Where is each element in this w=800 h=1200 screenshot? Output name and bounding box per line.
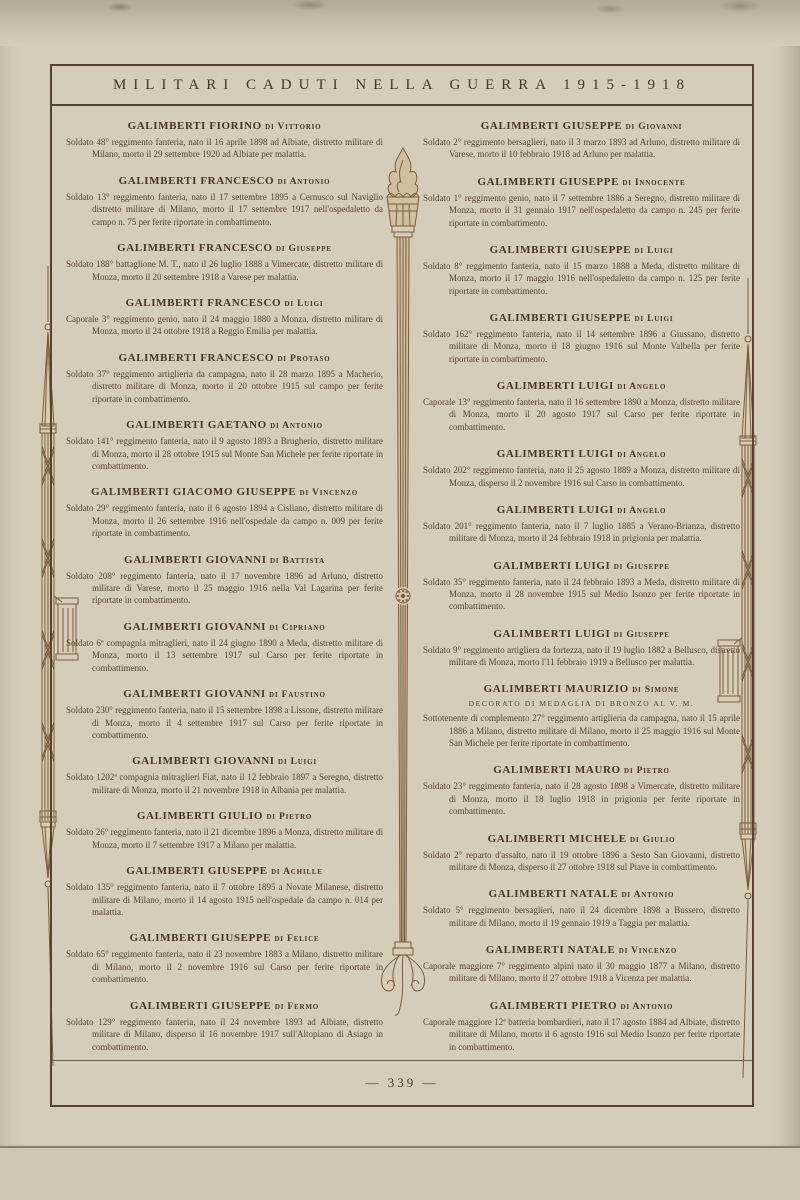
- soldier-entry: GALIMBERTI FRANCESCO di GiuseppeSoldato …: [66, 242, 383, 283]
- soldier-entry: GALIMBERTI FRANCESCO di ProtasoSoldato 3…: [66, 352, 383, 405]
- soldier-record: Soldato 230° reggimento fanteria, nato i…: [66, 704, 383, 741]
- soldier-name: GALIMBERTI GIOVANNI di Battista: [66, 554, 383, 566]
- soldier-name: GALIMBERTI FIORINO di Vittorio: [66, 120, 383, 132]
- page-title: MILITARI CADUTI NELLA GUERRA 1915-1918: [113, 77, 691, 94]
- soldier-name: GALIMBERTI FRANCESCO di Antonio: [66, 175, 383, 187]
- soldier-entry: GALIMBERTI GIOVANNI di FaustinoSoldato 2…: [66, 688, 383, 741]
- soldier-record: Soldato 65° reggimento fanteria, nato il…: [66, 948, 383, 985]
- medal-citation: DECORATO DI MEDAGLIA DI BRONZO AL V. M.: [423, 699, 740, 708]
- soldier-name: GALIMBERTI NATALE di Vincenzo: [423, 944, 740, 956]
- soldier-name: GALIMBERTI LUIGI di Angelo: [423, 504, 740, 516]
- soldier-entry: GALIMBERTI GIULIO di PietroSoldato 26° r…: [66, 810, 383, 851]
- soldier-record: Caporale maggiore 12ª batteria bombardie…: [423, 1016, 740, 1053]
- soldier-name: GALIMBERTI GIUSEPPE di Giovanni: [423, 120, 740, 132]
- page-top-edge: [0, 0, 800, 46]
- soldier-record: Soldato 48° reggimento fanteria, nato il…: [66, 136, 383, 161]
- soldier-entry: GALIMBERTI NATALE di VincenzoCaporale ma…: [423, 944, 740, 985]
- soldier-name: GALIMBERTI GIOVANNI di Luigi: [66, 755, 383, 767]
- soldier-entry: GALIMBERTI LUIGI di GiuseppeSoldato 35° …: [423, 560, 740, 613]
- soldier-entry-decorated: GALIMBERTI MAURIZIO di SimoneDECORATO DI…: [423, 683, 740, 749]
- soldier-record: Soldato 162° reggimento fanteria, nato i…: [423, 328, 740, 365]
- soldier-record: Caporale maggiore 7° reggimento alpini n…: [423, 960, 740, 985]
- rosette-icon: [394, 587, 412, 605]
- soldier-record: Caporale 13° reggimento fanteria, nato i…: [423, 396, 740, 433]
- soldier-entry: GALIMBERTI LUIGI di AngeloSoldato 202° r…: [423, 448, 740, 489]
- soldier-entry: GALIMBERTI GIOVANNI di LuigiSoldato 1202…: [66, 755, 383, 796]
- soldier-entry: GALIMBERTI GIUSEPPE di FeliceSoldato 65°…: [66, 932, 383, 985]
- soldier-name: GALIMBERTI GIUSEPPE di Innocente: [423, 176, 740, 188]
- soldier-entry: GALIMBERTI MICHELE di GiulioSoldato 2° r…: [423, 833, 740, 874]
- soldier-name: GALIMBERTI LUIGI di Giuseppe: [423, 560, 740, 572]
- soldier-record: Soldato 1° reggimento genio, nato il 7 s…: [423, 192, 740, 229]
- soldier-entry: GALIMBERTI PIETRO di AntonioCaporale mag…: [423, 1000, 740, 1053]
- soldier-name: GALIMBERTI PIETRO di Antonio: [423, 1000, 740, 1012]
- soldier-entry: GALIMBERTI GIUSEPPE di AchilleSoldato 13…: [66, 865, 383, 918]
- page-frame: MILITARI CADUTI NELLA GUERRA 1915-1918 G…: [50, 64, 754, 1107]
- soldier-record: Soldato 208° reggimento fanteria, nato i…: [66, 570, 383, 607]
- soldier-name: GALIMBERTI LUIGI di Angelo: [423, 380, 740, 392]
- soldier-record: Soldato 201° reggimento fanteria, nato i…: [423, 520, 740, 545]
- soldier-name: GALIMBERTI GIOVANNI di Cipriano: [66, 621, 383, 633]
- soldier-entry: GALIMBERTI GIOVANNI di CiprianoSoldato 6…: [66, 621, 383, 674]
- soldier-record: Soldato 6ª compagnia mitraglieri, nato i…: [66, 637, 383, 674]
- soldier-name: GALIMBERTI GIUSEPPE di Luigi: [423, 244, 740, 256]
- soldier-name: GALIMBERTI GIACOMO GIUSEPPE di Vincenzo: [66, 486, 383, 498]
- soldier-record: Soldato 129° reggimento fanteria, nato i…: [66, 1016, 383, 1053]
- soldier-name: GALIMBERTI GAETANO di Antonio: [66, 419, 383, 431]
- soldier-record: Soldato 202° reggimento fanteria, nato i…: [423, 464, 740, 489]
- page-number: — 339 —: [366, 1075, 439, 1091]
- soldier-record: Sottotenente di complemento 27° reggimen…: [423, 712, 740, 749]
- soldier-name: GALIMBERTI LUIGI di Angelo: [423, 448, 740, 460]
- soldier-record: Soldato 23° reggimento fanteria, nato il…: [423, 780, 740, 817]
- soldier-record: Soldato 13° reggimento fanteria, nato il…: [66, 191, 383, 228]
- soldier-entry: GALIMBERTI LUIGI di AngeloSoldato 201° r…: [423, 504, 740, 545]
- soldier-record: Soldato 2° reggimento bersaglieri, nato …: [423, 136, 740, 161]
- soldier-record: Soldato 1202ª compagnia mitraglieri Fiat…: [66, 771, 383, 796]
- soldier-entry: GALIMBERTI GIUSEPPE di GiovanniSoldato 2…: [423, 120, 740, 161]
- page-footer: — 339 —: [52, 1060, 752, 1105]
- soldier-entry: GALIMBERTI GIUSEPPE di InnocenteSoldato …: [423, 176, 740, 229]
- soldier-record: Soldato 26° reggimento fanteria, nato il…: [66, 826, 383, 851]
- soldier-entry: GALIMBERTI GIACOMO GIUSEPPE di VincenzoS…: [66, 486, 383, 539]
- soldier-name: GALIMBERTI GIULIO di Pietro: [66, 810, 383, 822]
- soldier-record: Soldato 141° reggimento fanteria, nato i…: [66, 435, 383, 472]
- soldier-name: GALIMBERTI MAURIZIO di Simone: [423, 683, 740, 695]
- soldier-name: GALIMBERTI FRANCESCO di Protaso: [66, 352, 383, 364]
- soldier-record: Soldato 135° reggimento fanteria, nato i…: [66, 881, 383, 918]
- left-column: GALIMBERTI FIORINO di VittorioSoldato 48…: [66, 120, 383, 1053]
- soldier-entry: GALIMBERTI FIORINO di VittorioSoldato 48…: [66, 120, 383, 161]
- soldier-name: GALIMBERTI MAURO di Pietro: [423, 764, 740, 776]
- content-area: GALIMBERTI FIORINO di VittorioSoldato 48…: [52, 106, 752, 1059]
- right-column: GALIMBERTI GIUSEPPE di GiovanniSoldato 2…: [423, 120, 740, 1053]
- soldier-record: Soldato 9° reggimento artigliera da fort…: [423, 644, 740, 669]
- soldier-record: Soldato 2° reparto d'assalto, nato il 19…: [423, 849, 740, 874]
- soldier-name: GALIMBERTI GIUSEPPE di Luigi: [423, 312, 740, 324]
- soldier-name: GALIMBERTI GIUSEPPE di Felice: [66, 932, 383, 944]
- soldier-record: Soldato 29° reggimento fanteria, nato il…: [66, 502, 383, 539]
- soldier-name: GALIMBERTI NATALE di Antonio: [423, 888, 740, 900]
- soldier-name: GALIMBERTI FRANCESCO di Giuseppe: [66, 242, 383, 254]
- soldier-name: GALIMBERTI MICHELE di Giulio: [423, 833, 740, 845]
- soldier-entry: GALIMBERTI NATALE di AntonioSoldato 5° r…: [423, 888, 740, 929]
- soldier-name: GALIMBERTI FRANCESCO di Luigi: [66, 297, 383, 309]
- soldier-record: Soldato 35° reggimento fanteria, nato il…: [423, 576, 740, 613]
- scanned-book-page: MILITARI CADUTI NELLA GUERRA 1915-1918 G…: [0, 0, 800, 1200]
- soldier-entry: GALIMBERTI LUIGI di GiuseppeSoldato 9° r…: [423, 628, 740, 669]
- soldier-name: GALIMBERTI LUIGI di Giuseppe: [423, 628, 740, 640]
- soldier-entry: GALIMBERTI MAURO di PietroSoldato 23° re…: [423, 764, 740, 817]
- soldier-record: Soldato 188° battaglione M. T., nato il …: [66, 258, 383, 283]
- soldier-entry: GALIMBERTI GIOVANNI di BattistaSoldato 2…: [66, 554, 383, 607]
- column-divider: [383, 120, 423, 1053]
- page-below-edge: [0, 1148, 800, 1200]
- soldier-record: Caporale 3° reggimento genio, nato il 24…: [66, 313, 383, 338]
- soldier-entry: GALIMBERTI GAETANO di AntonioSoldato 141…: [66, 419, 383, 472]
- soldier-record: Soldato 5° reggimento bersaglieri, nato …: [423, 904, 740, 929]
- title-band: MILITARI CADUTI NELLA GUERRA 1915-1918: [52, 66, 752, 106]
- soldier-name: GALIMBERTI GIUSEPPE di Fermo: [66, 1000, 383, 1012]
- soldier-entry: GALIMBERTI GIUSEPPE di LuigiSoldato 8° r…: [423, 244, 740, 297]
- soldier-name: GALIMBERTI GIUSEPPE di Achille: [66, 865, 383, 877]
- soldier-record: Soldato 8° reggimento fanteria, nato il …: [423, 260, 740, 297]
- soldier-name: GALIMBERTI GIOVANNI di Faustino: [66, 688, 383, 700]
- soldier-entry: GALIMBERTI LUIGI di AngeloCaporale 13° r…: [423, 380, 740, 433]
- soldier-record: Soldato 37° reggimento artiglieria da ca…: [66, 368, 383, 405]
- soldier-entry: GALIMBERTI GIUSEPPE di LuigiSoldato 162°…: [423, 312, 740, 365]
- torch-column-icon: [375, 144, 431, 1024]
- soldier-entry: GALIMBERTI GIUSEPPE di FermoSoldato 129°…: [66, 1000, 383, 1053]
- soldier-entry: GALIMBERTI FRANCESCO di AntonioSoldato 1…: [66, 175, 383, 228]
- soldier-entry: GALIMBERTI FRANCESCO di LuigiCaporale 3°…: [66, 297, 383, 338]
